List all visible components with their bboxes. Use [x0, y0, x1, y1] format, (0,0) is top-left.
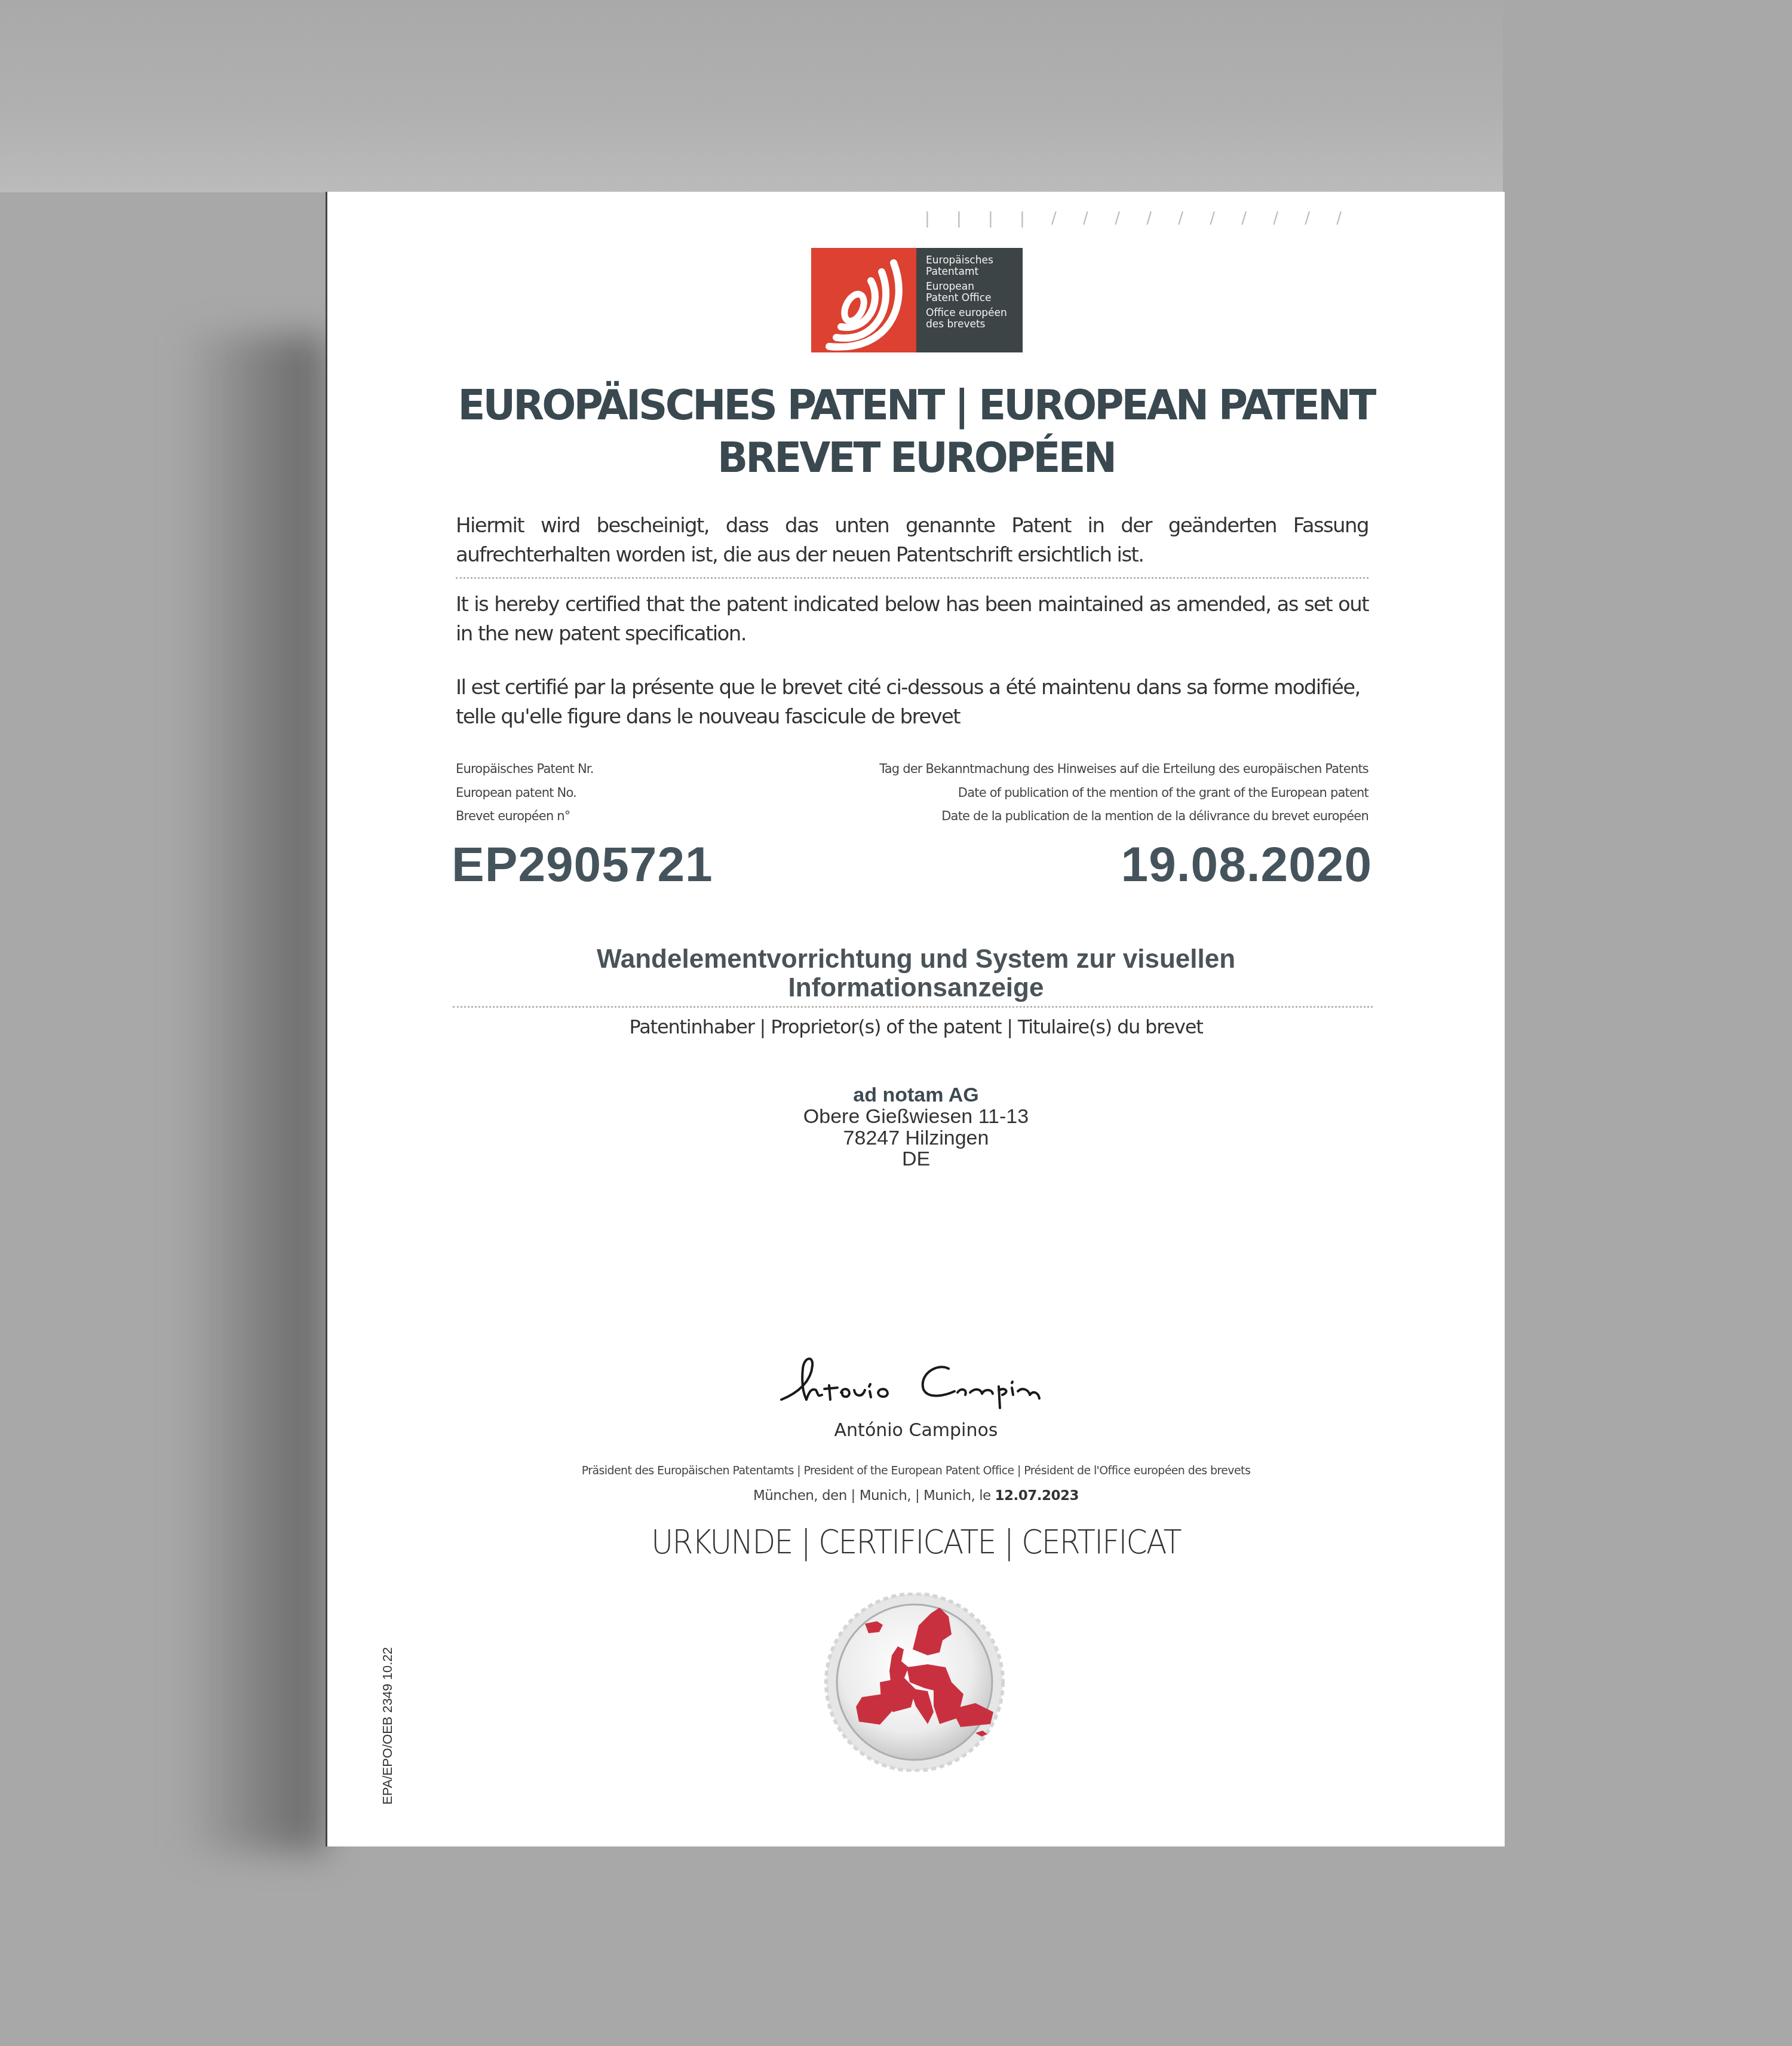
epo-logo: Europäisches Patentamt European Patent O… [811, 248, 1023, 352]
proprietor-country: DE [327, 1148, 1505, 1170]
certificate-heading: URKUNDE | CERTIFICATE | CERTIFICAT [386, 1523, 1446, 1562]
signatory-name: António Campinos [327, 1420, 1505, 1441]
pub-date-label-fr: Date de la publication de la mention de … [941, 809, 1368, 823]
logo-text-fr-2: des brevets [926, 319, 1023, 330]
proprietor-street: Obere Gießwiesen 11-13 [327, 1106, 1505, 1127]
issue-place: München, den | Munich, | Munich, le [753, 1488, 991, 1504]
page-shadow [179, 335, 326, 1852]
patent-number-label-en: European patent No. [456, 786, 576, 800]
patent-number: EP2905721 [452, 837, 713, 893]
pub-date-label-en: Date of publication of the mention of th… [958, 786, 1368, 800]
proprietor-city: 78247 Hilzingen [327, 1127, 1505, 1149]
invention-title-line1: Wandelementvorrichtung und System zur vi… [327, 945, 1505, 974]
proprietor-label: Patentinhaber | Proprietor(s) of the pat… [629, 1016, 1202, 1038]
scan-marks: | | | | / / / / / / / / / / [925, 210, 1352, 228]
issue-date: 12.07.2023 [995, 1488, 1079, 1504]
signatory-role: Präsident des Europäischen Patentamts | … [327, 1464, 1505, 1477]
logo-text-en-1: European [926, 281, 1023, 293]
document-title-line1: EUROPÄISCHES PATENT | EUROPEAN PATENT [351, 381, 1481, 430]
epo-logo-mark-icon [811, 248, 916, 352]
background-top [0, 0, 1503, 192]
logo-text-de-2: Patentamt [926, 266, 1023, 278]
invention-title-line2: Informationsanzeige [327, 974, 1505, 1002]
logo-text-de-1: Europäisches [926, 255, 1023, 266]
form-code: EPA/EPO/OEB 2349 10.22 [380, 1647, 395, 1805]
statement-de: Hiermit wird bescheinigt, dass das unten… [456, 511, 1368, 570]
statement-fr: Il est certifié par la présente que le b… [456, 673, 1368, 732]
statement-en: It is hereby certified that the patent i… [456, 590, 1368, 649]
issue-place-date: München, den | Munich, | Munich, le 12.0… [327, 1488, 1505, 1504]
epo-logo-text: Europäisches Patentamt European Patent O… [916, 248, 1023, 352]
pub-date-label-de: Tag der Bekanntmachung des Hinweises auf… [879, 762, 1368, 776]
proprietor-name: ad notam AG [327, 1084, 1505, 1106]
signature-icon [775, 1351, 1050, 1410]
patent-number-label-fr: Brevet européen n° [456, 809, 570, 823]
certificate-page: | | | | / / / / / / / / / / Europäisches… [326, 192, 1505, 1846]
divider [453, 1006, 1373, 1008]
divider [456, 577, 1368, 579]
europe-map-seal-icon [808, 1593, 1017, 1772]
patent-number-label-de: Europäisches Patent Nr. [456, 762, 594, 776]
logo-text-en-2: Patent Office [926, 293, 1023, 304]
publication-date: 19.08.2020 [1121, 837, 1372, 893]
logo-text-fr-1: Office européen [926, 308, 1023, 319]
document-title-line2: BREVET EUROPÉEN [351, 433, 1481, 482]
